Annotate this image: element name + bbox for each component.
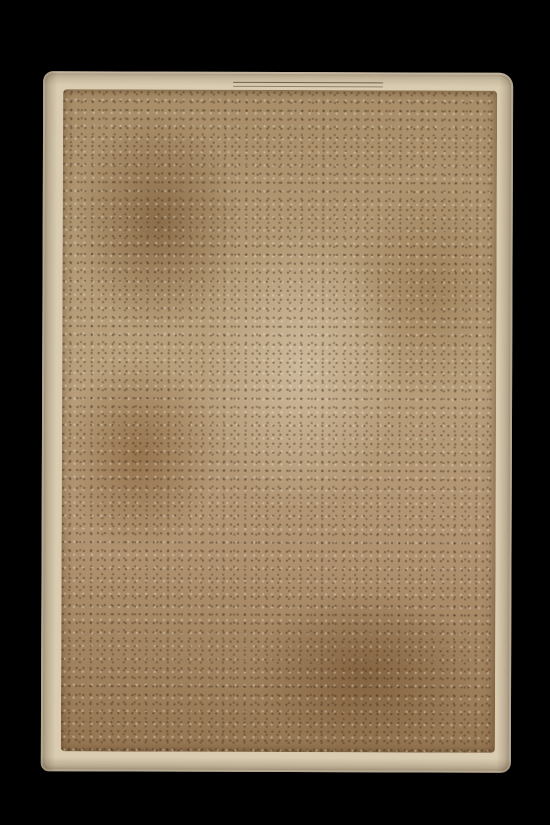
top-edge-scratch [233, 82, 383, 88]
stone-tablet [41, 71, 513, 773]
surface-texture [61, 89, 497, 753]
tablet-face [61, 89, 497, 753]
